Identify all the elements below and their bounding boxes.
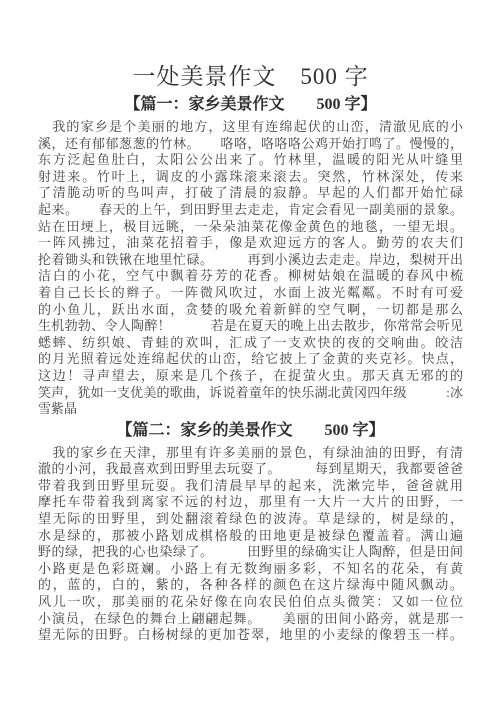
text-line: 射进来。竹叶上，调皮的小露珠滚来滚去。突然，竹林深处，传来 bbox=[38, 169, 463, 186]
text-line: 的月光照着远处连绵起伏的山峦，给它披上了金黄的夹克衫。快点， bbox=[38, 351, 463, 368]
text-line: 澈的小河，我最喜欢到田野里去玩耍了。 每到星期天，我都要爸爸 bbox=[38, 461, 463, 478]
text-line: 的，蓝的，白的，紫的，各种各样的颜色在这片绿海中随风飘动。 bbox=[38, 577, 463, 594]
text-line: 溪，还有郁郁葱葱的竹林。 咯咯，咯咯咯公鸡开始打鸣了。慢慢的， bbox=[38, 136, 463, 153]
text-line: 摩托车带着我到离家不远的村边，那里有一大片一大片的田野，一 bbox=[38, 494, 463, 511]
text-line: 抡着锄头和铁锹在地里忙碌。 再到小溪边去走走。岸边，梨树开出 bbox=[38, 252, 463, 269]
section-2-body: 我的家乡在天津，那里有许多美丽的景色，有绿油油的田野，有清澈的小河，我最喜欢到田… bbox=[38, 445, 463, 644]
section-2-heading: 【篇二：家乡的美景作文 500 字】 bbox=[38, 420, 463, 442]
text-line: 一阵风拂过，油菜花招着手，像是欢迎远方的客人。勤劳的农夫们 bbox=[38, 235, 463, 252]
text-line: 我的家乡在天津，那里有许多美丽的景色，有绿油油的田野，有清 bbox=[38, 445, 463, 462]
text-line: 望无际的田野里，到处翻滚着绿色的波涛。草是绿的，树是绿的， bbox=[38, 511, 463, 528]
text-line: 起来。 春天的上午，到田野里去走走，肯定会看见一副美丽的景象。 bbox=[38, 202, 463, 219]
text-line: 这边！寻声望去，原来是几个孩子，在捉萤火虫。那天真无邪的的 bbox=[38, 368, 463, 385]
text-line: 站在田埂上，极目远眺，一朵朵油菜花像金黄色的地毯，一望无垠。 bbox=[38, 219, 463, 236]
text-line: 风儿一吹，那美丽的花朵好像在向农民伯伯点头微笑：又如一位位 bbox=[38, 594, 463, 611]
text-line: 笑声，犹如一支优美的歌曲，诉说着童年的快乐湖北黄冈四年级 :冰 bbox=[38, 385, 463, 402]
text-line: 小演员，在绿色的舞台上翩翩起舞。 美丽的田间小路旁，就是那一 bbox=[38, 611, 463, 628]
document-page: 一处美景作文 500 字 【篇一：家乡美景作文 500 字】 我的家乡是个美丽的… bbox=[0, 0, 500, 708]
text-line: 望无际的田野。白杨树绿的更加苍翠，地里的小麦绿的像碧玉一样。 bbox=[38, 627, 463, 644]
text-line: 了清脆动听的鸟叫声，打破了清晨的寂静。早起的人们都开始忙碌 bbox=[38, 185, 463, 202]
page-title: 一处美景作文 500 字 bbox=[38, 62, 463, 92]
text-line: 洁白的小花，空气中飘着芬芳的花香。柳树姑娘在温暖的春风中梳 bbox=[38, 268, 463, 285]
text-line: 着自己长长的辫子。一阵微风吹过，水面上波光粼粼。不时有可爱 bbox=[38, 285, 463, 302]
text-line: 蟋蟀、纺织娘、青蛙的欢叫，汇成了一支欢快的夜的交响曲。皎洁 bbox=[38, 335, 463, 352]
text-line: 生机勃勃、令人陶醉！ 若是在夏天的晚上出去散步，你常常会听见 bbox=[38, 318, 463, 335]
section-1-heading: 【篇一：家乡美景作文 500 字】 bbox=[38, 94, 463, 116]
text-line: 我的家乡是个美丽的地方，这里有连绵起伏的山峦，清澈见底的小 bbox=[38, 119, 463, 136]
section-1: 【篇一：家乡美景作文 500 字】 我的家乡是个美丽的地方，这里有连绵起伏的山峦… bbox=[38, 94, 463, 418]
text-line: 小路更是色彩斑斓。小路上有无数绚丽多彩，不知名的花朵，有黄 bbox=[38, 561, 463, 578]
text-line: 的小鱼儿，跃出水面，贪婪的吸允着新鲜的空气啊，一切都是那么 bbox=[38, 302, 463, 319]
section-2: 【篇二：家乡的美景作文 500 字】 我的家乡在天津，那里有许多美丽的景色，有绿… bbox=[38, 420, 463, 644]
text-line: 带着我到田野里玩耍。我们清晨早早的起来，洗漱完毕，爸爸就用 bbox=[38, 478, 463, 495]
text-line: 东方泛起鱼肚白，太阳公公出来了。竹林里，温暖的阳光从叶缝里 bbox=[38, 152, 463, 169]
text-line: 野的绿，把我的心也染绿了。 田野里的绿确实让人陶醉，但是田间 bbox=[38, 544, 463, 561]
text-line: 雪紫晶 bbox=[38, 401, 463, 418]
section-1-body: 我的家乡是个美丽的地方，这里有连绵起伏的山峦，清澈见底的小溪，还有郁郁葱葱的竹林… bbox=[38, 119, 463, 418]
text-line: 水是绿的，那被小路划成棋格般的田地更是被绿色覆盖着。满山遍 bbox=[38, 528, 463, 545]
